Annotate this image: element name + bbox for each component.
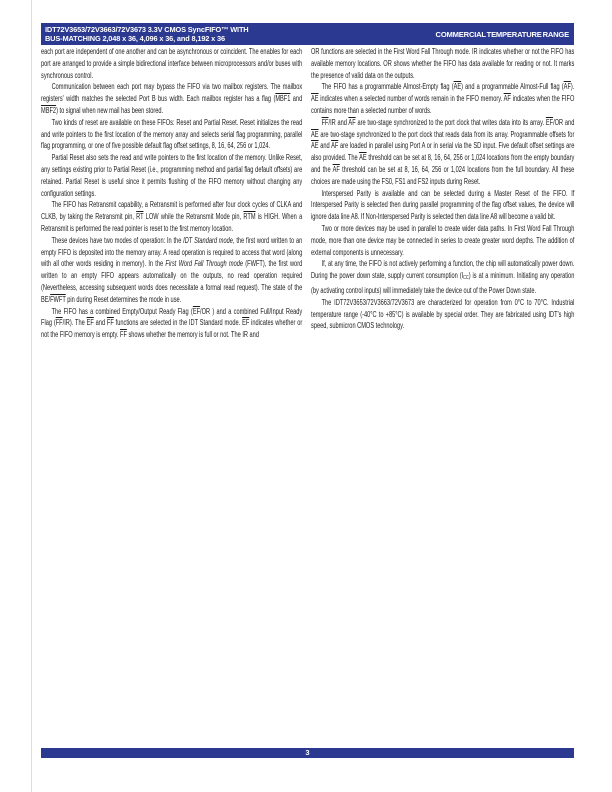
footer-bar: 3 — [41, 748, 574, 758]
paragraph: The FIFO has a combined Empty/Output Rea… — [41, 306, 302, 341]
paragraph: Partial Reset also sets the read and wri… — [41, 152, 302, 199]
paragraph: FF/IR and AF are two-stage synchronized … — [311, 117, 574, 188]
header-title-line2: BUS-MATCHING 2,048 x 36, 4,096 x 36, and… — [45, 34, 249, 43]
page-number: 3 — [305, 748, 309, 757]
header-bar: IDT72V3653/72V3663/72V3673 3.3V CMOS Syn… — [41, 23, 574, 45]
paragraph: Communication between each port may bypa… — [41, 81, 302, 116]
datasheet-page: IDT72V3653/72V3663/72V3673 3.3V CMOS Syn… — [0, 0, 612, 792]
paragraph: Interspersed Parity is available and can… — [311, 188, 574, 223]
paragraph: The IDT72V3653/72V3663/72V3673 are chara… — [311, 297, 574, 332]
paragraph: Two or more devices may be used in paral… — [311, 223, 574, 258]
body-right-column: OR functions are selected in the First W… — [311, 46, 574, 332]
paragraph: OR functions are selected in the First W… — [311, 46, 574, 81]
paragraph: If, at any time, the FIFO is not activel… — [311, 258, 574, 296]
page-edge-line — [31, 0, 32, 792]
paragraph: The FIFO has Retransmit capability, a Re… — [41, 199, 302, 234]
paragraph: Two kinds of reset are available on thes… — [41, 117, 302, 152]
header-temperature-range-label: COMMERCIAL TEMPERATURE RANGE — [436, 30, 569, 39]
header-title: IDT72V3653/72V3663/72V3673 3.3V CMOS Syn… — [45, 25, 249, 44]
paragraph: The FIFO has a programmable Almost-Empty… — [311, 81, 574, 116]
paragraph: These devices have two modes of operatio… — [41, 235, 302, 306]
paragraph: each port are independent of one another… — [41, 46, 302, 81]
body-left-column: each port are independent of one another… — [41, 46, 302, 341]
header-title-line1: IDT72V3653/72V3663/72V3673 3.3V CMOS Syn… — [45, 25, 249, 34]
